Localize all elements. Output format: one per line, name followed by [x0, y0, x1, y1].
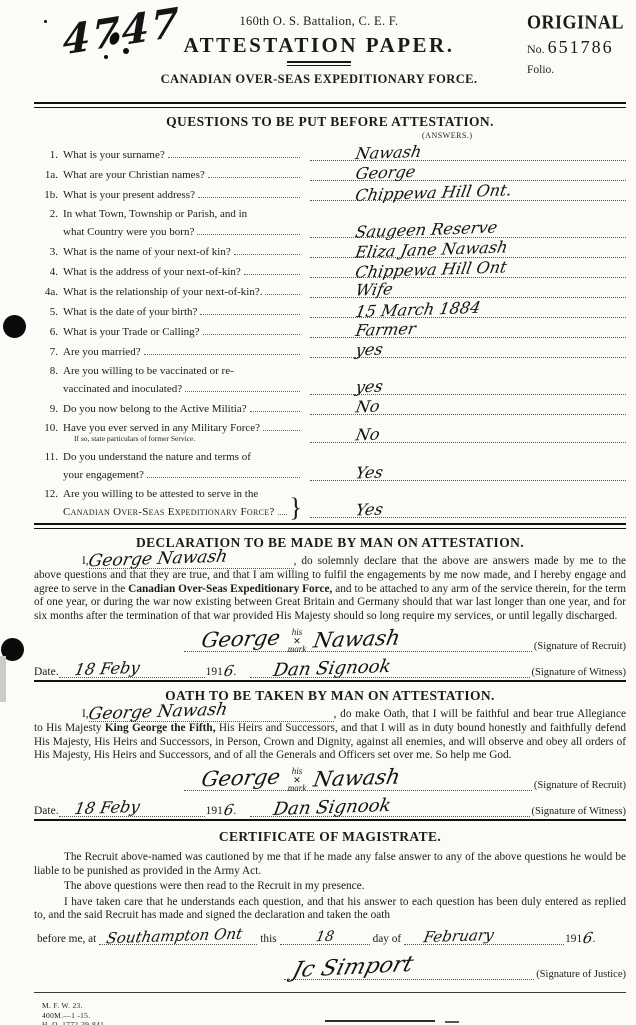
recruit-signature-last: Nawash	[312, 625, 403, 652]
battalion-line: 160th O. S. Battalion, C. E. F.	[124, 14, 514, 29]
magistrate-paragraph-1: The Recruit above-named was cautioned by…	[34, 851, 626, 878]
magistrate-section-title: CERTIFICATE OF MAGISTRATE.	[34, 829, 626, 845]
answer-value: Wife	[354, 279, 394, 299]
recruit-signature-first: George	[200, 625, 283, 652]
question-number: 12.	[34, 488, 63, 500]
section-divider	[34, 819, 626, 821]
answer-value: yes	[354, 377, 384, 397]
dotted-leader	[200, 314, 300, 315]
answer-value: 15 March 1884	[354, 298, 482, 321]
dotted-leader	[278, 514, 287, 515]
scan-bottom-line	[325, 1020, 435, 1022]
magistrate-paragraph-2: The above questions were then read to th…	[34, 880, 626, 894]
question-text: Have you ever served in any Military For…	[63, 422, 260, 434]
question-text: What is the name of your next-of kin?	[63, 246, 231, 258]
answer-line: yes	[310, 376, 626, 395]
question-row: 5.What is the date of your birth?15 Marc…	[34, 299, 626, 318]
question-text: vaccinated and inoculated?	[63, 383, 182, 395]
signature-of-witness-label: (Signature of Witness)	[530, 806, 626, 817]
dotted-leader	[198, 197, 300, 198]
signature-of-recruit-label: (Signature of Recruit)	[532, 641, 626, 652]
question-brace: }	[290, 498, 302, 518]
mark-label: mark	[288, 785, 307, 792]
mark-label: mark	[288, 646, 307, 653]
serial-number-label: No.	[527, 42, 545, 56]
answers-column-label: (ANSWERS.)	[422, 131, 626, 140]
section-divider	[34, 680, 626, 682]
question-number: 8.	[34, 365, 63, 377]
date-label: Date.	[34, 805, 59, 817]
answer-value: yes	[354, 339, 384, 359]
witness-signature-handwriting: Dan Signook	[272, 656, 393, 681]
day-of-label: day of	[370, 933, 405, 945]
day-handwriting: 18	[314, 929, 335, 946]
answer-line: No	[310, 424, 626, 443]
justice-signature-row: Jc Simport (Signature of Justice)	[34, 955, 626, 980]
question-text: Do you now belong to the Active Militia?	[63, 403, 247, 415]
question-number: 5.	[34, 306, 63, 318]
question-number: 10.	[34, 422, 63, 434]
footer-line-1: M. F. W. 23.	[42, 1001, 626, 1011]
justice-signature-handwriting: Jc Simport	[290, 952, 416, 983]
question-text: What is the address of your next-of-kin?	[63, 266, 241, 278]
declaration-bold-phrase: Canadian Over-Seas Expeditionary Force,	[128, 583, 332, 595]
declaration-paragraph: I,George Nawash, do solemnly declare tha…	[34, 553, 626, 624]
declaration-section-title: DECLARATION TO BE MADE BY MAN ON ATTESTA…	[34, 535, 626, 551]
force-line: CANADIAN OVER-SEAS EXPEDITIONARY FORCE.	[124, 72, 514, 87]
answer-line: George	[310, 162, 626, 181]
oath-name-line: George Nawash	[89, 706, 334, 723]
dotted-leader	[203, 334, 300, 335]
declaration-recruit-signature-row: Georgehis×markNawash (Signature of Recru…	[34, 627, 626, 652]
dotted-leader	[168, 157, 300, 158]
question-text: What is your present address?	[63, 189, 195, 201]
day-line: 18	[280, 929, 370, 945]
serial-number-row: No. 651786	[527, 37, 624, 58]
answer-line: Chippewa Hill Ont.	[310, 182, 626, 201]
his-mark-x: his×mark	[288, 629, 307, 653]
before-me-row: before me, at Southampton Ont this 18 da…	[34, 927, 626, 945]
question-row: 4a.What is the relationship of your next…	[34, 279, 626, 298]
question-text: Are you married?	[63, 346, 141, 358]
question-number: 3.	[34, 246, 63, 258]
month-handwriting: February	[422, 926, 495, 946]
question-text: Are you willing to be vaccinated or re-	[63, 365, 234, 377]
question-number: 6.	[34, 326, 63, 338]
answer-value: Farmer	[354, 319, 417, 340]
question-note: If so, state particulars of former Servi…	[74, 434, 302, 443]
question-row: 10.Have you ever served in any Military …	[34, 416, 626, 443]
recruit-signature-first: George	[200, 765, 283, 792]
answer-line: Wife	[310, 279, 626, 298]
answer-line: 15 March 1884	[310, 299, 626, 318]
question-number: 4.	[34, 266, 63, 278]
recruit-signature-line: Georgehis×markNawash	[184, 627, 532, 652]
question-row: 8.Are you willing to be vaccinated or re…	[34, 359, 626, 395]
question-number: 1b.	[34, 189, 63, 201]
footer-line-2: 400M.—1 -15.	[42, 1011, 626, 1021]
question-row: 1b.What is your present address?Chippewa…	[34, 182, 626, 201]
ink-speck	[44, 20, 47, 23]
question-row: 9.Do you now belong to the Active Militi…	[34, 396, 626, 415]
place-line: Southampton Ont	[99, 927, 257, 945]
year-printed: 191	[564, 933, 583, 945]
question-row: 6.What is your Trade or Calling?Farmer	[34, 319, 626, 338]
recruit-signature-line: Georgehis×markNawash	[184, 766, 532, 791]
date-handwriting: 18 Feby	[73, 658, 141, 679]
question-number: 4a.	[34, 286, 63, 298]
question-text: What is your Trade or Calling?	[63, 326, 200, 338]
dotted-leader	[185, 391, 300, 392]
answer-line: Nawash	[310, 142, 626, 161]
justice-signature-line: Jc Simport	[284, 955, 534, 980]
question-text: What are your Christian names?	[63, 169, 205, 181]
question-row: 3.What is the name of your next-of kin?E…	[34, 239, 626, 258]
oath-paragraph: I,George Nawash, do make Oath, that I wi…	[34, 706, 626, 763]
answer-line: yes	[310, 339, 626, 358]
question-row: 2.In what Town, Township or Parish, and …	[34, 202, 626, 238]
question-text: What is your surname?	[63, 149, 165, 161]
dotted-leader	[197, 234, 300, 235]
magistrate-paragraph-3: I have taken care that he understands ea…	[34, 896, 626, 923]
question-number: 11.	[34, 451, 63, 463]
question-row: 12.Are you willing to be attested to ser…	[34, 482, 626, 518]
answer-value: Nawash	[354, 141, 423, 162]
scan-bottom-line	[445, 1021, 459, 1023]
questions-section-title: QUESTIONS TO BE PUT BEFORE ATTESTATION.	[34, 114, 626, 130]
dotted-leader	[244, 274, 300, 275]
oath-recruit-signature-row: Georgehis×markNawash (Signature of Recru…	[34, 766, 626, 791]
question-number: 1a.	[34, 169, 63, 181]
serial-number-value: 651786	[548, 37, 614, 57]
dotted-leader	[147, 477, 300, 478]
question-text: In what Town, Township or Parish, and in	[63, 208, 247, 220]
oath-name-handwriting: George Nawash	[87, 703, 228, 721]
answer-line: Farmer	[310, 319, 626, 338]
year-printed: 191	[205, 805, 224, 817]
dotted-leader	[208, 177, 300, 178]
signature-of-witness-label: (Signature of Witness)	[530, 667, 626, 678]
before-me-label: before me, at	[34, 933, 99, 945]
question-row: 11.Do you understand the nature and term…	[34, 444, 626, 480]
witness-signature-line: Dan Signook	[250, 797, 529, 817]
month-line: February	[404, 927, 564, 945]
question-text: Are you willing to be attested to serve …	[63, 488, 258, 500]
answer-line: Chippewa Hill Ont	[310, 259, 626, 278]
recruit-signature-last: Nawash	[312, 765, 403, 792]
answer-value: Chippewa Hill Ont	[354, 257, 509, 281]
question-text: Do you understand the nature and terms o…	[63, 451, 251, 463]
attestation-paper-page: 4747 160th O. S. Battalion, C. E. F. ATT…	[0, 0, 636, 1025]
section-divider	[34, 102, 626, 108]
answer-line: Yes	[310, 499, 626, 518]
question-text: What is the relationship of your next-of…	[63, 286, 262, 298]
oath-date-row: Date. 18 Feby 191 6 . Dan Signook (Signa…	[34, 797, 626, 817]
dotted-leader	[234, 254, 300, 255]
answer-line: Eliza Jane Nawash	[310, 239, 626, 258]
question-number: 7.	[34, 346, 63, 358]
answer-value: George	[354, 161, 417, 182]
date-line: 18 Feby	[59, 798, 205, 817]
oath-bold-phrase: King George the Fifth,	[105, 722, 216, 734]
section-divider	[34, 523, 626, 529]
question-text: your engagement?	[63, 469, 144, 481]
this-label: this	[257, 933, 279, 945]
question-text: What is the date of your birth?	[63, 306, 197, 318]
witness-signature-handwriting: Dan Signook	[272, 795, 393, 820]
answer-value: No	[354, 397, 381, 417]
page-title: ATTESTATION PAPER.	[124, 33, 514, 58]
question-number: 1.	[34, 149, 63, 161]
question-number: 2.	[34, 208, 63, 220]
question-row: 1a.What are your Christian names?George	[34, 162, 626, 181]
question-row: 4.What is the address of your next-of-ki…	[34, 259, 626, 278]
ink-blot	[104, 55, 108, 59]
year-printed: 191	[205, 666, 224, 678]
answer-value: No	[354, 425, 381, 445]
footer-divider	[34, 992, 626, 993]
answer-line: Saugeen Reserve	[310, 219, 626, 238]
question-text: what Country were you born?	[63, 226, 194, 238]
date-handwriting: 18 Feby	[73, 797, 141, 818]
document-header: 4747 160th O. S. Battalion, C. E. F. ATT…	[34, 6, 626, 100]
his-mark-x: his×mark	[288, 768, 307, 792]
answer-value: Yes	[354, 500, 384, 520]
answer-line: Yes	[310, 462, 626, 481]
signature-of-justice-label: (Signature of Justice)	[534, 969, 626, 980]
question-row: 1.What is your surname?Nawash	[34, 142, 626, 161]
signature-of-recruit-label: (Signature of Recruit)	[532, 780, 626, 791]
oath-section-title: OATH TO BE TAKEN BY MAN ON ATTESTATION.	[34, 688, 626, 704]
question-number: 9.	[34, 403, 63, 415]
declaration-date-row: Date. 18 Feby 191 6 . Dan Signook (Signa…	[34, 658, 626, 678]
scan-edge-artifact	[0, 656, 6, 702]
dotted-leader	[250, 411, 300, 412]
declaration-name-line: George Nawash	[89, 553, 294, 570]
dotted-leader	[144, 354, 300, 355]
witness-signature-line: Dan Signook	[250, 658, 529, 678]
question-text: Canadian Over-Seas Expeditionary Force?	[63, 506, 275, 518]
answer-value: Yes	[354, 462, 384, 482]
hole-punch	[3, 315, 26, 338]
questions-list: 1.What is your surname?Nawash1a.What are…	[34, 142, 626, 519]
declaration-name-handwriting: George Nawash	[87, 550, 228, 568]
title-underline	[287, 61, 351, 66]
folio-label: Folio.	[527, 64, 624, 76]
date-label: Date.	[34, 666, 59, 678]
place-handwriting: Southampton Ont	[105, 925, 244, 948]
question-row: 7.Are you married?yes	[34, 339, 626, 358]
date-line: 18 Feby	[59, 659, 205, 678]
original-stamp: ORIGINAL	[527, 11, 624, 34]
dotted-leader	[263, 430, 300, 431]
answer-line: No	[310, 396, 626, 415]
dotted-leader	[265, 294, 300, 295]
